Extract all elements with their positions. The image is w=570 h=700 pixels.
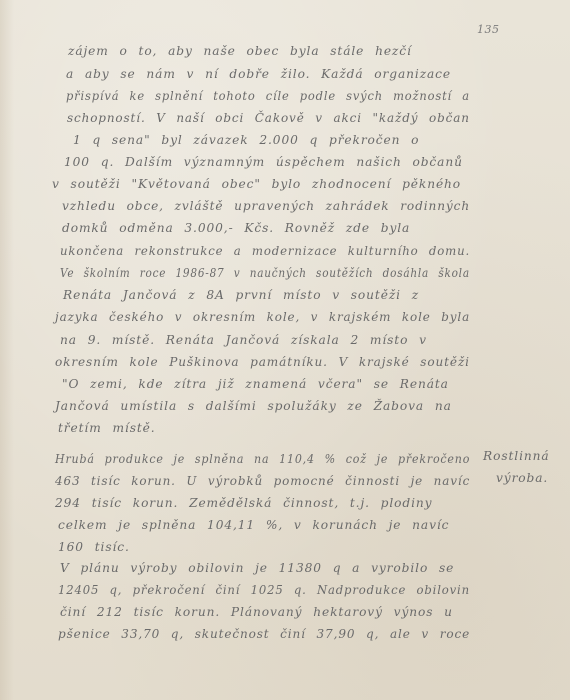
text-line: Ve školním roce 1986-87 v naučných soutě…	[60, 266, 470, 280]
document-page: 135 zájem o to, aby naše obec byla stále…	[0, 0, 570, 700]
margin-note-line: výroba.	[496, 471, 548, 485]
text-line: zájem o to, aby naše obec byla stále hez…	[68, 44, 412, 58]
text-line: Renáta Jančová z 8A první místo v soutěž…	[63, 288, 419, 302]
text-line: na 9. místě. Renáta Jančová získala 2 mí…	[60, 333, 427, 347]
text-line: domků odměna 3.000,- Kčs. Rovněž zde byl…	[62, 221, 410, 235]
text-line: Hrubá produkce je splněna na 110,4 % což…	[55, 452, 470, 466]
text-line: ukončena rekonstrukce a modernizace kult…	[60, 244, 470, 258]
text-line: 12405 q, překročení činí 1025 q. Nadprod…	[58, 583, 470, 597]
text-line: přispívá ke splnění tohoto cíle podle sv…	[66, 89, 470, 103]
text-line: 160 tisíc.	[58, 540, 130, 554]
text-line: třetím místě.	[58, 421, 156, 435]
text-line: vzhledu obce, zvláště upravených zahráde…	[62, 199, 470, 213]
text-line: činí 212 tisíc korun. Plánovaný hektarov…	[60, 605, 453, 619]
text-line: 294 tisíc korun. Zemědělská činnost, t.j…	[55, 496, 432, 510]
page-number: 135	[477, 23, 500, 36]
text-line: V plánu výroby obilovin je 11380 q a vyr…	[60, 561, 454, 575]
text-line: 463 tisíc korun. U výrobků pomocné činno…	[55, 474, 470, 488]
text-line: schopností. V naší obci Čakově v akci "k…	[67, 111, 470, 125]
text-line: jazyka českého v okresním kole, v krajsk…	[55, 310, 470, 324]
text-line: Jančová umístila s dalšími spolužáky ze …	[55, 399, 452, 413]
text-line: 100 q. Dalším významným úspěchem našich …	[64, 155, 463, 169]
text-line: okresním kole Puškinova památníku. V kra…	[55, 355, 470, 369]
text-line: celkem je splněna 104,11 %, v korunách j…	[58, 518, 449, 532]
text-line: "O zemi, kde zítra již znamená včera" se…	[62, 377, 449, 391]
text-line: a aby se nám v ní dobře žilo. Každá orga…	[66, 67, 451, 81]
text-line: 1 q sena" byl závazek 2.000 q překročen …	[73, 133, 419, 147]
text-line: pšenice 33,70 q, skutečnost činí 37,90 q…	[58, 627, 470, 641]
text-line: v soutěži "Květovaná obec" bylo zhodnoce…	[52, 177, 461, 191]
margin-note-line: Rostlinná	[483, 449, 550, 463]
